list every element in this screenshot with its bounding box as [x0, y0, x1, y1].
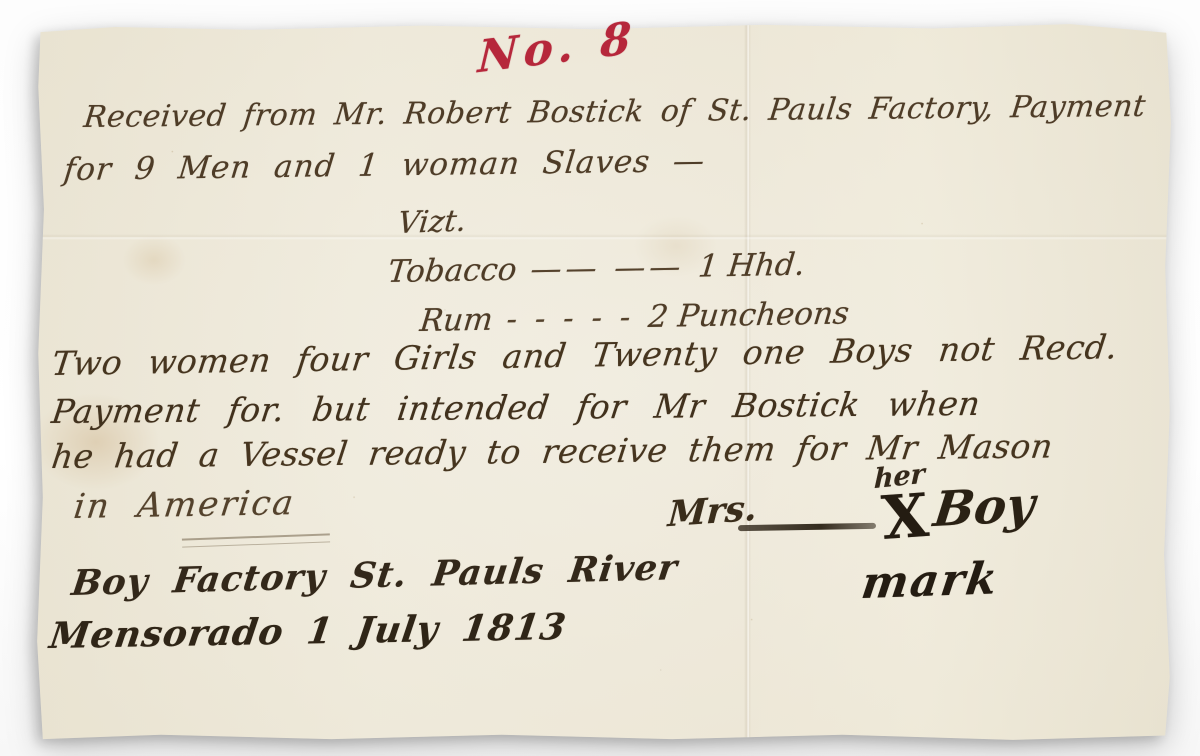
body-line-6: in America [72, 483, 298, 527]
photograph-background: No. 8 Received from Mr. Robert Bostick o… [0, 0, 1200, 756]
signature-mark-block: Mrs. her X Boy mark [658, 462, 1078, 632]
signature-dash-line [738, 523, 876, 531]
item-dash-stroke: —— —— [529, 249, 687, 288]
body-line-4: Payment for. but intended for Mr Bostick… [49, 384, 982, 431]
mark-signer-name: Boy [931, 477, 1038, 539]
vertical-fold-crease [744, 22, 751, 742]
goods-item-tobacco: Tobacco —— —— 1 Hhd. [386, 247, 807, 290]
viz-abbreviation: Vizt. [396, 204, 468, 242]
item-dash-stroke: - - - - - [505, 299, 637, 337]
horizontal-fold-crease [36, 234, 1172, 240]
item-quantity: 1 Hhd. [697, 247, 807, 285]
item-name: Rum [418, 302, 494, 339]
mark-word-mark: mark [858, 553, 1002, 609]
item-quantity: 2 Puncheons [647, 295, 851, 335]
item-name: Tobacco [386, 252, 518, 290]
mark-cross: X [880, 481, 931, 554]
